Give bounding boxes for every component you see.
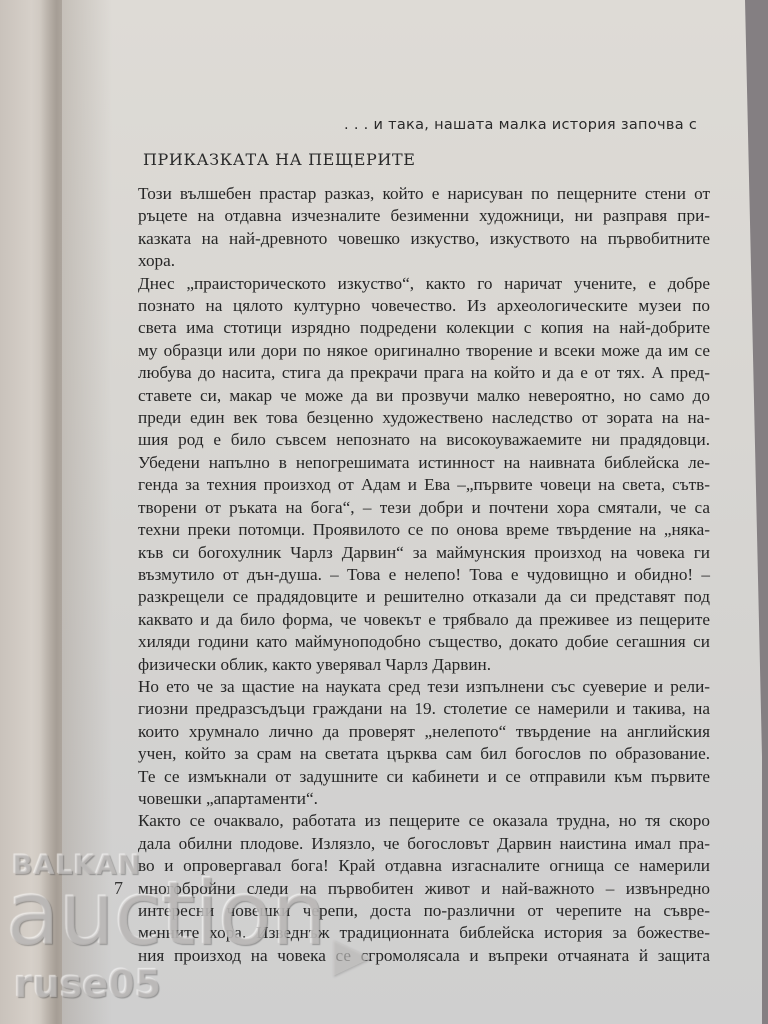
- text-line: света има стотици изрядно подредени коле…: [138, 317, 710, 339]
- text-line: хиляди години като маймуноподобно същест…: [138, 631, 710, 653]
- text-line: Този вълшебен прастар разказ, който е на…: [138, 183, 710, 205]
- body-text: Този вълшебен прастар разказ, който е на…: [138, 183, 738, 967]
- text-line: казката на най-древното човешко изкуство…: [138, 228, 710, 250]
- text-line: разкрещели се прадядовците и решително о…: [138, 586, 710, 608]
- text-line: любува до насита, стига да прекрачи праг…: [138, 362, 710, 384]
- text-line: творени от ръката на бога“, – тези добри…: [138, 497, 710, 519]
- text-line: Днес „праисторическото изкуство“, както …: [138, 273, 710, 295]
- running-head: . . . и така, нашата малка история започ…: [344, 117, 697, 133]
- text-line: гиозни предразсъдъци граждани на 19. сто…: [138, 698, 710, 720]
- text-line: преди един век това безценно художествен…: [138, 407, 710, 429]
- text-line: физически облик, както уверявал Чарлз Да…: [138, 654, 710, 676]
- text-line: хора.: [138, 250, 710, 272]
- text-line: ния произход на човека се сгромолясала и…: [138, 945, 710, 967]
- chapter-title: ПРИКАЗКАТА НА ПЕЩЕРИТЕ: [143, 150, 416, 169]
- text-line: Както се очаквало, работата из пещерите …: [138, 810, 710, 832]
- text-line: техни преки потомци. Проявилото се по он…: [138, 519, 710, 541]
- text-line: Убедени напълно в непогрешимата истиннос…: [138, 452, 710, 474]
- text-line: които хрумнало лично да проверят „нелепо…: [138, 721, 710, 743]
- text-line: Те се измъкнали от задушните си кабинети…: [138, 766, 710, 788]
- text-line: човешки „апартаменти“.: [138, 788, 710, 810]
- text-line: учен, който за срам на светата църква са…: [138, 743, 710, 765]
- watermark-arrow-icon: [333, 940, 371, 976]
- text-line: во и опровергавал бога! Край отдавна изг…: [138, 855, 710, 877]
- text-line: възмутило от дън-душа. – Това е нелепо! …: [138, 564, 710, 586]
- photo-scene: . . . и така, нашата малка история започ…: [0, 0, 768, 1024]
- text-line: генда за техния произход от Адам и Ева –…: [138, 474, 710, 496]
- text-line: Но ето че за щастие на науката сред тези…: [138, 676, 710, 698]
- page-number: 7: [114, 878, 123, 899]
- text-line: многобройни следи на първобитен живот и …: [138, 878, 710, 900]
- text-line: ставете си, макар че може да ви прозвучи…: [138, 385, 710, 407]
- text-line: къв си богохулник Чарлз Дарвин“ за майму…: [138, 542, 710, 564]
- text-line: менните хора. Изведнъж традиционната биб…: [138, 922, 710, 944]
- text-line: ръцете на отдавна изчезналите безименни …: [138, 205, 710, 227]
- text-line: му образци или дори по някое оригинално …: [138, 340, 710, 362]
- text-line: шия род е било съвсем непознато на висок…: [138, 429, 710, 451]
- text-line: каквато и да било форма, че човекът е тр…: [138, 609, 710, 631]
- text-line: познато на цялото културно човечество. И…: [138, 295, 710, 317]
- text-line: интересни човешки черепи, доста по-разли…: [138, 900, 710, 922]
- text-line: дала обилни плодове. Излязло, че богосло…: [138, 833, 710, 855]
